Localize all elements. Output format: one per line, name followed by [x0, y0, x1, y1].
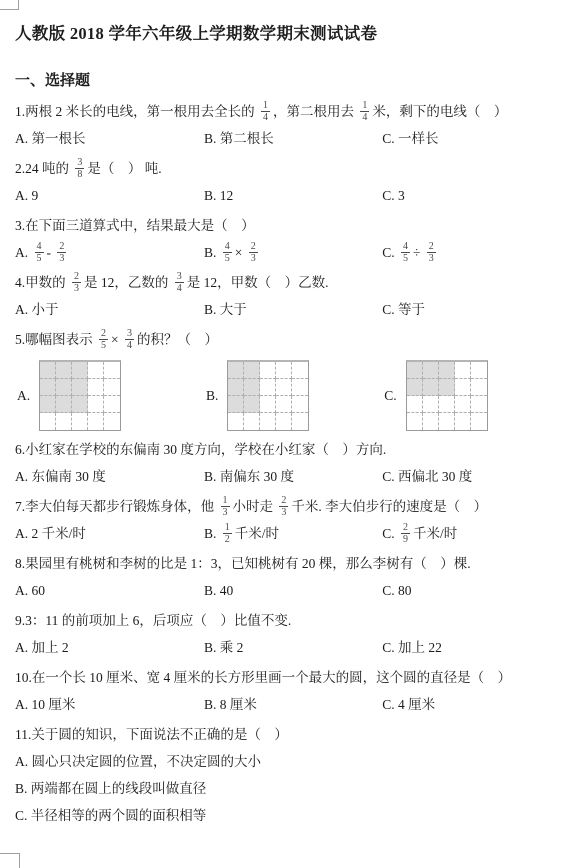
grid-cell	[407, 362, 423, 379]
figure-group: C.	[384, 360, 555, 431]
fraction: 14	[261, 100, 270, 124]
grid-cell	[228, 362, 244, 379]
grid-cell	[56, 396, 72, 413]
options-row: A. 45- 23B. 45× 23C. 45÷ 23	[15, 239, 555, 266]
option-a: A. 小于	[15, 296, 204, 323]
grid-cell	[455, 413, 471, 430]
figure-group: B.	[206, 360, 382, 431]
question-list: 1.两根 2 米长的电线，第一根用去全长的 14，第二根用去 14米，剩下的电线…	[15, 98, 555, 829]
question-text: 10.在一个长 10 厘米、宽 4 厘米的长方形里画一个最大的圆，这个圆的直径是…	[15, 664, 555, 691]
page-title: 人教版 2018 学年六年级上学期数学期末测试试卷	[15, 20, 555, 44]
option-b: B. 乘 2	[204, 634, 382, 661]
fraction-grid-figure	[406, 360, 488, 431]
options-row: A. 10 厘米B. 8 厘米C. 4 厘米	[15, 691, 555, 718]
grid-cell	[260, 362, 276, 379]
option-c: C. 80	[382, 577, 555, 604]
option-b: B. 第二根长	[204, 125, 382, 152]
option-c: C. 29千米/时	[382, 520, 555, 547]
grid-cell	[471, 362, 487, 379]
options-row: A. 加上 2B. 乘 2C. 加上 22	[15, 634, 555, 661]
question: 4.甲数的 23是 12，乙数的 34是 12，甲数（ ）乙数.A. 小于B. …	[15, 269, 555, 323]
question: 11.关于圆的知识，下面说法不正确的是（ ）A. 圆心只决定圆的位置，不决定圆的…	[15, 721, 555, 829]
figure-label: A.	[17, 388, 30, 404]
grid-cell	[407, 413, 423, 430]
option-b: B. 两端都在圆上的线段叫做直径	[15, 775, 555, 802]
option-c: C. 等于	[382, 296, 555, 323]
option-a: A. 9	[15, 182, 204, 209]
grid-cell	[439, 396, 455, 413]
option-b: B. 40	[204, 577, 382, 604]
option-a: A. 东偏南 30 度	[15, 463, 204, 490]
question: 1.两根 2 米长的电线，第一根用去全长的 14，第二根用去 14米，剩下的电线…	[15, 98, 555, 152]
grid-cell	[56, 413, 72, 430]
grid-cell	[104, 379, 120, 396]
fraction: 14	[360, 100, 369, 124]
grid-cell	[88, 396, 104, 413]
grid-cell	[56, 362, 72, 379]
grid-cell	[471, 413, 487, 430]
fraction: 23	[427, 241, 436, 265]
question: 3.在下面三道算式中，结果最大是（ ）A. 45- 23B. 45× 23C. …	[15, 212, 555, 266]
question-text: 3.在下面三道算式中，结果最大是（ ）	[15, 212, 555, 239]
grid-cell	[72, 413, 88, 430]
grid-cell	[260, 379, 276, 396]
fraction: 45	[223, 241, 232, 265]
options-row: A. 2 千米/时B. 12千米/时C. 29千米/时	[15, 520, 555, 547]
question-text: 11.关于圆的知识，下面说法不正确的是（ ）	[15, 721, 555, 748]
question: 6.小红家在学校的东偏南 30 度方向，学校在小红家（ ）方向.A. 东偏南 3…	[15, 436, 555, 490]
grid-cell	[455, 362, 471, 379]
grid-cell	[276, 396, 292, 413]
option-a: A. 第一根长	[15, 125, 204, 152]
options-row: A. 东偏南 30 度B. 南偏东 30 度C. 西偏北 30 度	[15, 463, 555, 490]
option-c: C. 一样长	[382, 125, 555, 152]
grid-cell	[423, 413, 439, 430]
fraction: 13	[221, 495, 230, 519]
grid-cell	[260, 396, 276, 413]
document-page: 人教版 2018 学年六年级上学期数学期末测试试卷 一、选择题 1.两根 2 米…	[0, 0, 565, 868]
fraction: 34	[175, 271, 184, 295]
grid-cell	[228, 379, 244, 396]
option-a: A. 圆心只决定圆的位置，不决定圆的大小	[15, 748, 555, 775]
grid-cell	[471, 379, 487, 396]
question: 9.3：11 的前项加上 6，后项应（ ）比值不变.A. 加上 2B. 乘 2C…	[15, 607, 555, 661]
question: 10.在一个长 10 厘米、宽 4 厘米的长方形里画一个最大的圆，这个圆的直径是…	[15, 664, 555, 718]
fraction: 45	[35, 241, 44, 265]
grid-cell	[292, 379, 308, 396]
option-c: C. 加上 22	[382, 634, 555, 661]
option-a: A. 10 厘米	[15, 691, 204, 718]
grid-cell	[244, 379, 260, 396]
fraction: 38	[75, 157, 84, 181]
grid-cell	[40, 413, 56, 430]
figure-label: C.	[384, 388, 396, 404]
question: 2.24 吨的 38是（ ） 吨.A. 9B. 12C. 3	[15, 155, 555, 209]
fraction: 12	[223, 522, 232, 546]
figure-row: A.B.C.	[15, 360, 555, 431]
grid-cell	[40, 362, 56, 379]
fraction: 25	[99, 328, 108, 352]
figure-label: B.	[206, 388, 218, 404]
option-b: B. 8 厘米	[204, 691, 382, 718]
grid-cell	[455, 396, 471, 413]
grid-cell	[104, 413, 120, 430]
grid-cell	[88, 413, 104, 430]
option-b: B. 12千米/时	[204, 520, 382, 547]
grid-cell	[228, 396, 244, 413]
question-text: 2.24 吨的 38是（ ） 吨.	[15, 155, 555, 182]
fraction-grid-figure	[39, 360, 121, 431]
grid-cell	[407, 396, 423, 413]
figure-group: A.	[17, 360, 204, 431]
fraction-grid-figure	[227, 360, 309, 431]
grid-cell	[292, 396, 308, 413]
option-c: C. 3	[382, 182, 555, 209]
grid-cell	[228, 413, 244, 430]
grid-cell	[439, 379, 455, 396]
question: 7.李大伯每天都步行锻炼身体，他 13小时走 23千米. 李大伯步行的速度是（ …	[15, 493, 555, 547]
fraction: 23	[279, 495, 288, 519]
fraction: 23	[249, 241, 258, 265]
question: 5.哪幅图表示 25× 34的积？（ ）A.B.C.	[15, 326, 555, 431]
grid-cell	[72, 362, 88, 379]
question-text: 9.3：11 的前项加上 6，后项应（ ）比值不变.	[15, 607, 555, 634]
fraction: 45	[401, 241, 410, 265]
option-a: A. 2 千米/时	[15, 520, 204, 547]
grid-cell	[292, 362, 308, 379]
option-c: C. 半径相等的两个圆的面积相等	[15, 802, 555, 829]
option-c: C. 4 厘米	[382, 691, 555, 718]
grid-cell	[471, 396, 487, 413]
grid-cell	[88, 379, 104, 396]
grid-cell	[72, 379, 88, 396]
option-b: B. 12	[204, 182, 382, 209]
question-text: 1.两根 2 米长的电线，第一根用去全长的 14，第二根用去 14米，剩下的电线…	[15, 98, 555, 125]
options-row: A. 第一根长B. 第二根长C. 一样长	[15, 125, 555, 152]
fraction: 23	[57, 241, 66, 265]
fraction: 29	[401, 522, 410, 546]
option-a: A. 加上 2	[15, 634, 204, 661]
grid-cell	[56, 379, 72, 396]
question-text: 4.甲数的 23是 12，乙数的 34是 12，甲数（ ）乙数.	[15, 269, 555, 296]
option-c: C. 45÷ 23	[382, 239, 555, 266]
grid-cell	[104, 362, 120, 379]
grid-cell	[276, 379, 292, 396]
grid-cell	[72, 396, 88, 413]
grid-cell	[439, 362, 455, 379]
option-a: A. 60	[15, 577, 204, 604]
page-boundary-mark-bottom	[0, 853, 20, 868]
page-boundary-mark-top	[0, 0, 19, 10]
options-row: A. 9B. 12C. 3	[15, 182, 555, 209]
option-b: B. 大于	[204, 296, 382, 323]
question-text: 5.哪幅图表示 25× 34的积？（ ）	[15, 326, 555, 353]
grid-cell	[292, 413, 308, 430]
grid-cell	[455, 379, 471, 396]
fraction: 23	[72, 271, 81, 295]
option-b: B. 南偏东 30 度	[204, 463, 382, 490]
grid-cell	[40, 396, 56, 413]
grid-cell	[276, 413, 292, 430]
grid-cell	[244, 362, 260, 379]
question: 8.果园里有桃树和李树的比是 1：3，已知桃树有 20 棵，那么李树有（ ）棵.…	[15, 550, 555, 604]
grid-cell	[244, 396, 260, 413]
grid-cell	[276, 362, 292, 379]
option-c: C. 西偏北 30 度	[382, 463, 555, 490]
options-row: A. 圆心只决定圆的位置，不决定圆的大小B. 两端都在圆上的线段叫做直径C. 半…	[15, 748, 555, 829]
grid-cell	[423, 362, 439, 379]
grid-cell	[423, 379, 439, 396]
grid-cell	[40, 379, 56, 396]
grid-cell	[260, 413, 276, 430]
question-text: 6.小红家在学校的东偏南 30 度方向，学校在小红家（ ）方向.	[15, 436, 555, 463]
grid-cell	[439, 413, 455, 430]
grid-cell	[423, 396, 439, 413]
options-row: A. 小于B. 大于C. 等于	[15, 296, 555, 323]
document-content: 人教版 2018 学年六年级上学期数学期末测试试卷 一、选择题 1.两根 2 米…	[0, 0, 565, 829]
options-row: A. 60B. 40C. 80	[15, 577, 555, 604]
option-a: A. 45- 23	[15, 239, 204, 266]
fraction: 34	[125, 328, 134, 352]
grid-cell	[88, 362, 104, 379]
grid-cell	[104, 396, 120, 413]
grid-cell	[244, 413, 260, 430]
question-text: 8.果园里有桃树和李树的比是 1：3，已知桃树有 20 棵，那么李树有（ ）棵.	[15, 550, 555, 577]
question-text: 7.李大伯每天都步行锻炼身体，他 13小时走 23千米. 李大伯步行的速度是（ …	[15, 493, 555, 520]
section-heading: 一、选择题	[15, 69, 555, 90]
grid-cell	[407, 379, 423, 396]
option-b: B. 45× 23	[204, 239, 382, 266]
